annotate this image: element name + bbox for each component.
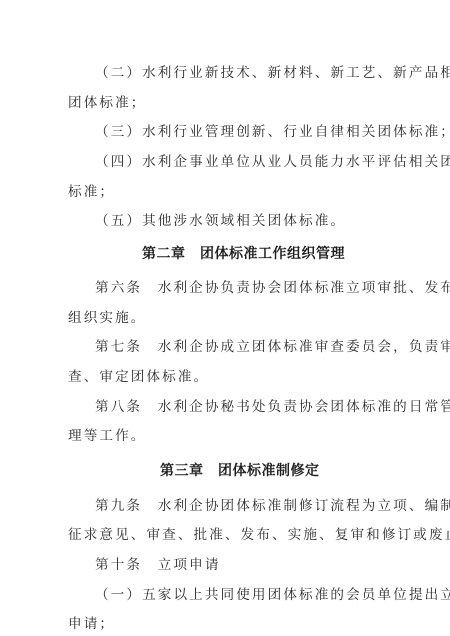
- chapter-2-title: 第二章 团体标准工作组织管理: [142, 245, 345, 263]
- paragraph-line: 标准；: [68, 183, 115, 201]
- article-8-line: 第八条 水利企协秘书处负责协会团体标准的日常管: [95, 398, 450, 416]
- article-9-line: 第九条 水利企协团体标准制修订流程为立项、编制、: [95, 497, 450, 515]
- paragraph-line: （四）水利企事业单位从业人员能力水平评估相关团体: [95, 153, 450, 171]
- article-8-line: 理等工作。: [68, 427, 146, 445]
- item-line: 申请；: [68, 615, 115, 633]
- paragraph-line: （五）其他涉水领域相关团体标准。: [95, 212, 346, 230]
- article-7-line: 第七条 水利企协成立团体标准审查委员会，负责审: [95, 338, 450, 356]
- article-7-line: 查、审定团体标准。: [68, 368, 209, 386]
- document-page: （二）水利行业新技术、新材料、新工艺、新产品相关 团体标准； （三）水利行业管理…: [0, 0, 450, 636]
- article-10-line: 第十条 立项申请: [95, 556, 221, 574]
- paragraph-line: （二）水利行业新技术、新材料、新工艺、新产品相关: [95, 64, 450, 82]
- paragraph-line: 团体标准；: [68, 94, 146, 112]
- item-line: （一）五家以上共同使用团体标准的会员单位提出立项: [95, 586, 450, 604]
- article-6-line: 组织实施。: [68, 309, 146, 327]
- paragraph-line: （三）水利行业管理创新、行业自律相关团体标准；: [95, 123, 450, 141]
- article-9-line: 征求意见、审查、批准、发布、实施、复审和修订或废止。: [68, 526, 450, 544]
- chapter-3-title: 第三章 团体标准制修定: [160, 462, 320, 480]
- article-6-line: 第六条 水利企协负责协会团体标准立项审批、发布和: [95, 279, 450, 297]
